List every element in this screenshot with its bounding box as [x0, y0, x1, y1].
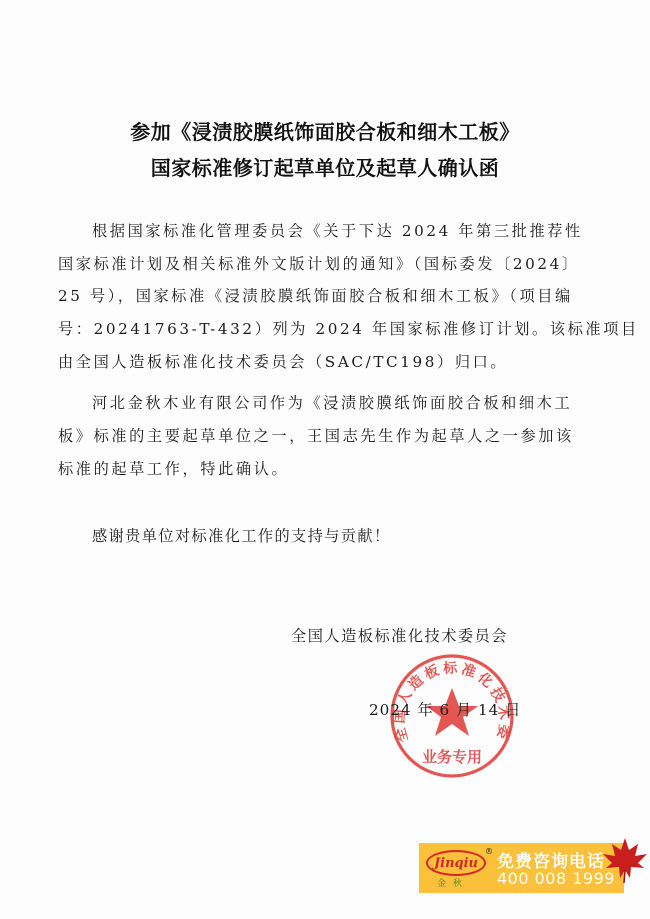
paragraph1-line4: 号：20241763-T-432）列为 2024 年国家标准修订计划。该标准项目	[58, 318, 639, 339]
paragraph2-line3: 标准的起草工作，特此确认。	[58, 458, 289, 479]
paragraph1-line1: 根据国家标准化管理委员会《关于下达 2024 年第三批推荐性	[92, 220, 583, 241]
paragraph1-line2: 国家标准计划及相关标准外文版计划的通知》（国标委发〔2024〕	[58, 253, 580, 274]
paragraph2-line1: 河北金秋木业有限公司作为《浸渍胶膜纸饰面胶合板和细木工	[92, 392, 572, 413]
consultation-banner[interactable]: Jinqiu ® 金秋 免费咨询电话 400 008 1999	[419, 843, 624, 893]
paragraph1-line3: 25 号），国家标准《浸渍胶膜纸饰面胶合板和细木工板》（项目编	[58, 285, 573, 306]
thanks-text: 感谢贵单位对标准化工作的支持与贡献！	[92, 525, 391, 546]
maple-leaf-icon	[600, 834, 650, 884]
document-title-line2: 国家标准修订起草单位及起草人确认函	[0, 152, 650, 181]
document-date: 2024 年 6 月 14 日	[369, 699, 521, 720]
document-title-line1: 参加《浸渍胶膜纸饰面胶合板和细木工板》	[0, 116, 650, 145]
svg-text:业务专用: 业务专用	[422, 748, 482, 766]
signature-committee: 全国人造板标准化技术委员会	[291, 625, 508, 646]
document-page: 参加《浸渍胶膜纸饰面胶合板和细木工板》 国家标准修订起草单位及起草人确认函 根据…	[0, 0, 650, 919]
paragraph2-line2: 板》标准的主要起草单位之一，王国志先生作为起草人之一参加该	[58, 425, 574, 446]
registered-mark-icon: ®	[485, 847, 493, 856]
brand-logo-cn: 金秋	[437, 876, 469, 889]
banner-phone[interactable]: 400 008 1999	[497, 869, 615, 888]
brand-logo: Jinqiu	[426, 850, 486, 876]
paragraph1-line5: 由全国人造板标准化技术委员会（SAC/TC198）归口。	[58, 351, 508, 372]
